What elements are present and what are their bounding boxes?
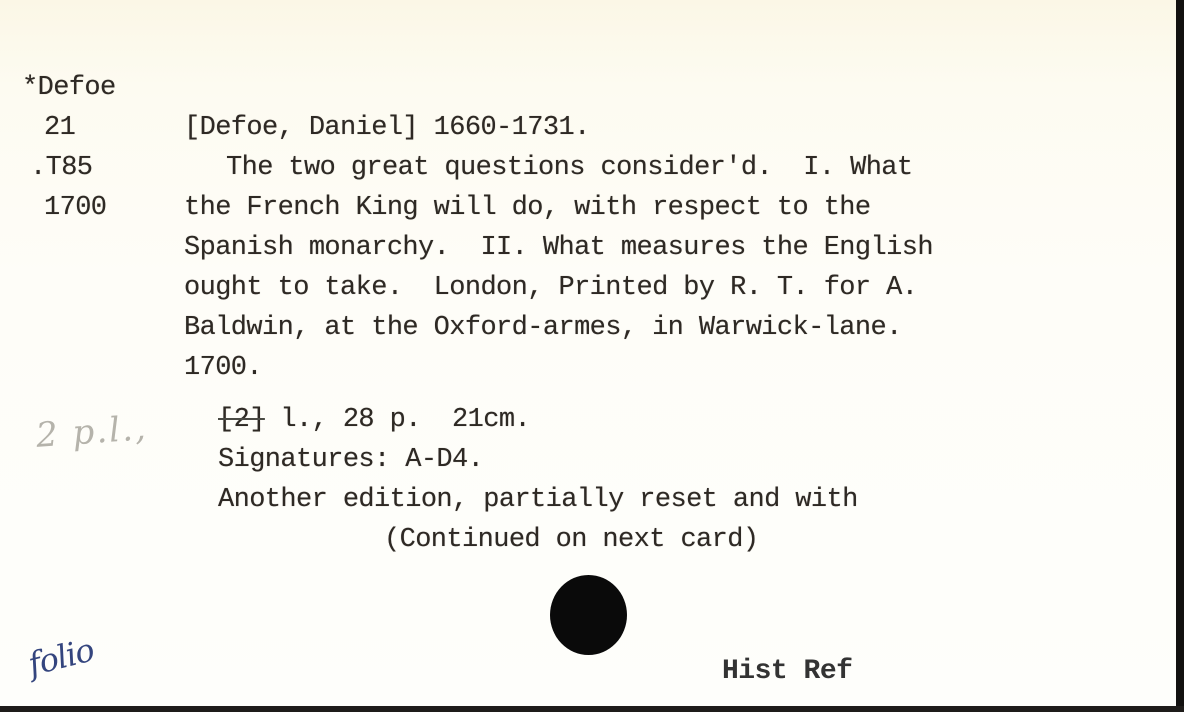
imprint-line-1: ought to take. London, Printed by R. T. … (184, 268, 933, 308)
call-number-line-3: .T85 (30, 148, 116, 188)
location-label: Hist Ref (722, 652, 852, 692)
ink-annotation: folio (24, 631, 97, 684)
card-right-edge (1176, 0, 1184, 712)
title-line-2: the French King will do, with respect to… (184, 188, 933, 228)
call-number-line-2: 21 (44, 108, 116, 148)
catalog-card: *Defoe 21 .T85 1700 [Defoe, Daniel] 1660… (0, 0, 1176, 706)
pencil-annotation: 2 p.l., (35, 408, 149, 456)
collation-line: [2] l., 28 p. 21cm. (218, 400, 858, 440)
collation-rest: l., 28 p. 21cm. (265, 405, 530, 435)
punch-hole (550, 575, 627, 655)
call-number: *Defoe 21 .T85 1700 (22, 68, 116, 228)
imprint-line-2: Baldwin, at the Oxford-armes, in Warwick… (184, 308, 933, 348)
imprint-date: 1700. (184, 348, 933, 388)
struck-leaves: [2] (218, 405, 265, 435)
title-line-3: Spanish monarchy. II. What measures the … (184, 228, 933, 268)
collation-block: [2] l., 28 p. 21cm. Signatures: A-D4. An… (218, 400, 858, 520)
bibliographic-description: [Defoe, Daniel] 1660-1731. The two great… (184, 108, 933, 388)
signatures-line: Signatures: A-D4. (218, 440, 858, 480)
continued-notice: (Continued on next card) (384, 520, 758, 560)
call-number-line-1: *Defoe (22, 68, 116, 108)
call-number-line-4: 1700 (44, 188, 116, 228)
card-bottom-edge (0, 706, 1184, 712)
title-line-1: The two great questions consider'd. I. W… (184, 148, 933, 188)
author-heading: [Defoe, Daniel] 1660-1731. (184, 108, 933, 148)
edition-note: Another edition, partially reset and wit… (218, 480, 858, 520)
